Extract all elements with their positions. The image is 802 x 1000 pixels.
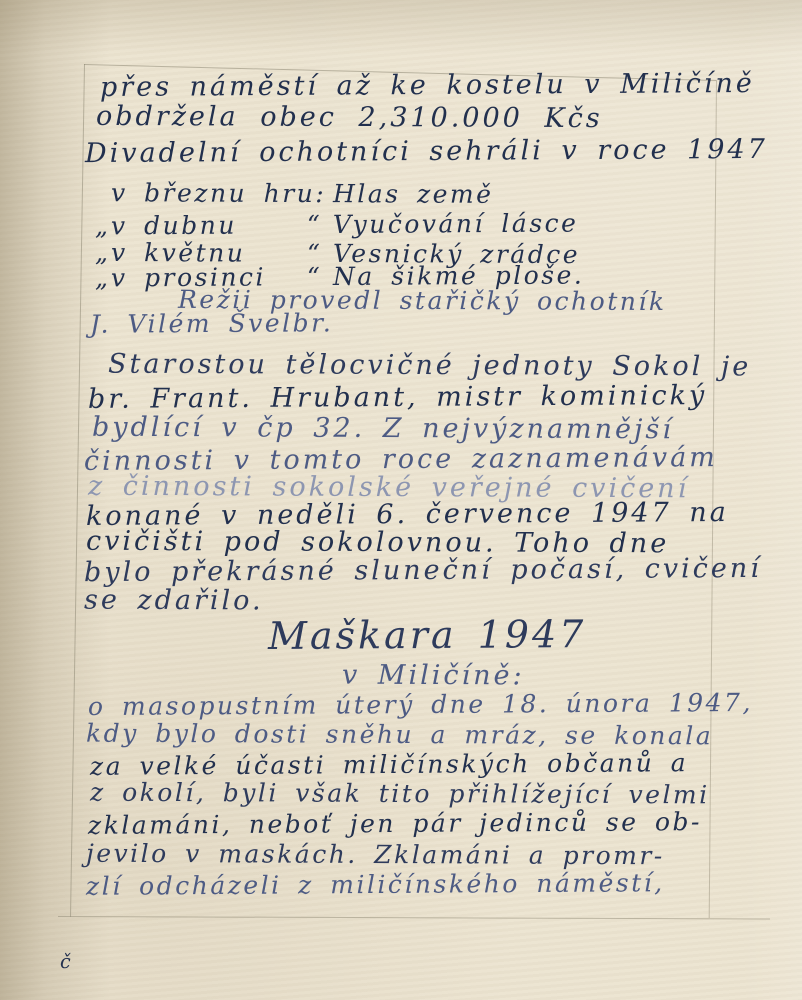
play-month: v dubnu [111,212,307,239]
director-name-line: J. Vilém Švelbr. [90,310,333,338]
margin-ink-mark: č [60,953,71,973]
sokol-line: Starostou tělocvičné jednoty Sokol je [108,351,751,382]
section-title-maskara: Maškara 1947 [268,615,587,657]
maskara-line: kdy bylo dosti sněhu a mráz, se konala [86,721,713,750]
sokol-line: bydlící v čp 32. Z nejvýznamnější [92,414,674,445]
chronicle-page: přes náměstí až ke kostelu v Miličíně ob… [0,0,802,1000]
pencil-margin-line-left [70,64,85,917]
maskara-line: jevilo v maskách. Zklamáni a promr- [86,841,665,870]
sokol-line: bylo překrásné sluneční počasí, cvičení [84,555,762,587]
maskara-line: o masopustním úterý dne 18. února 1947, [88,690,753,720]
ditto-close-mark: “ [307,212,333,238]
play-title: Hlas země [333,179,494,209]
maskara-line: z okolí, byli však tito přihlížející vel… [90,780,710,809]
play-row: v březnu hru:Hlas země [95,180,494,208]
maskara-line: zlí odcházeli z miličínského náměstí, [86,870,665,900]
ditto-open-mark: „ [95,213,111,239]
ditto-open-mark: „ [95,240,111,266]
section-subtitle-milicin: v Miličíně: [342,662,525,691]
ditto-open-mark: „ [95,265,111,291]
sokol-line: br. Frant. Hrubant, mistr kominický [88,382,707,414]
play-month: v březnu hru: [111,180,307,207]
sokol-line: se zdařilo. [84,587,264,616]
play-title: Vyučování lásce [333,209,579,239]
play-row: „v dubnu“Vyučování lásce [95,211,579,240]
pencil-margin-line-bottom [58,916,770,919]
maskara-line: za velké účasti miličínských občanů a [90,750,688,780]
amount-line: obdržela obec 2,310.000 Kčs [96,103,603,134]
opening-line: přes náměstí až ke kostelu v Miličíně [100,70,755,102]
theatre-intro-line: Divadelní ochotníci sehráli v roce 1947 [85,136,768,169]
maskara-line: zklamáni, neboť jen pár jedinců se ob- [88,809,702,839]
